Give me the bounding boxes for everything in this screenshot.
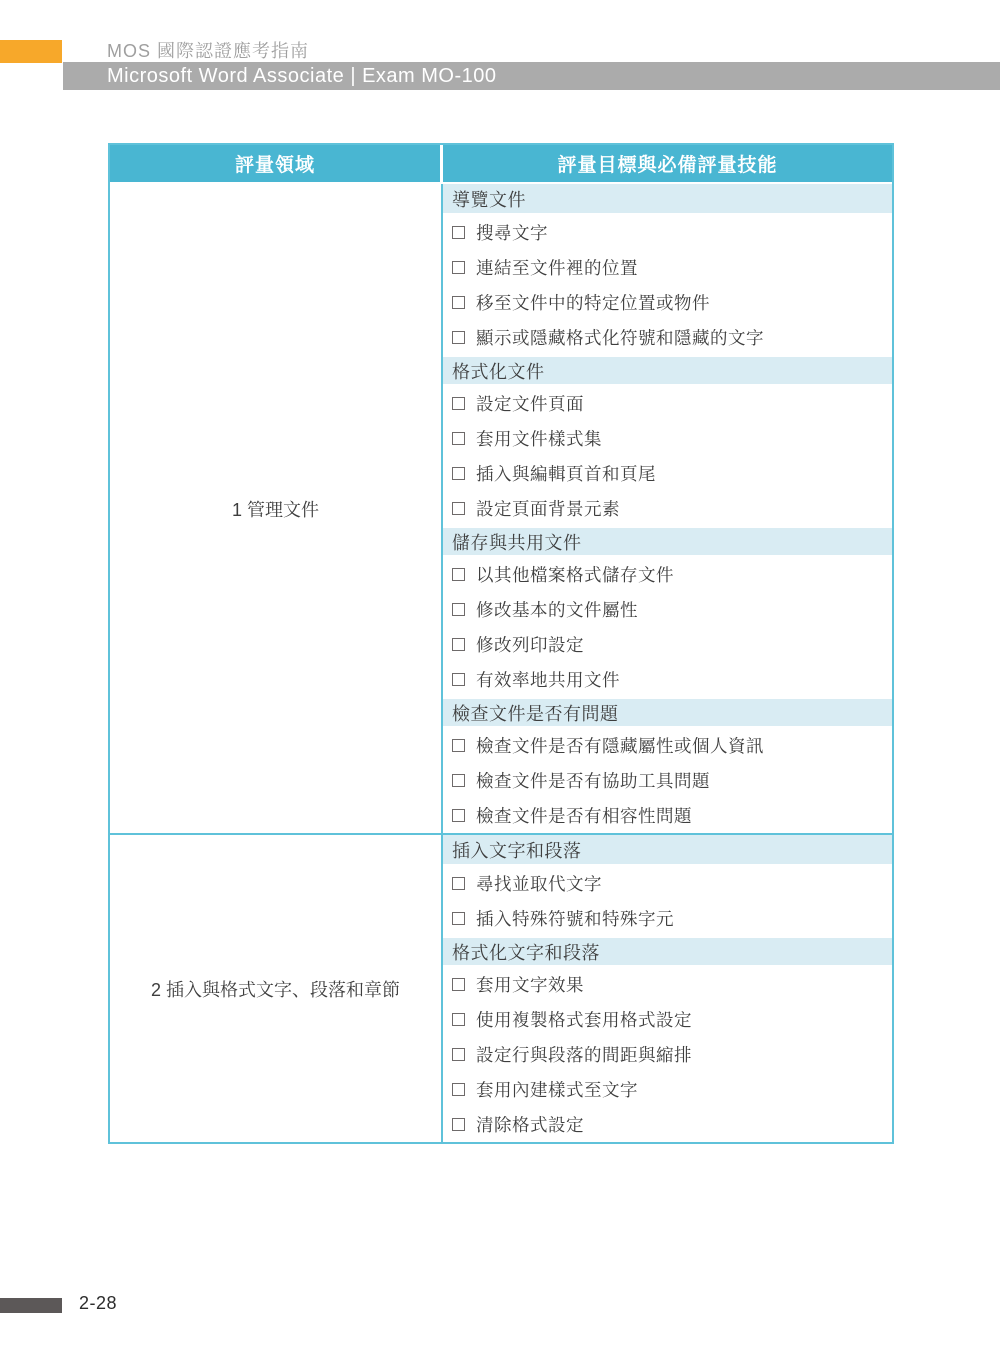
checkbox-icon	[452, 877, 465, 890]
skill-item-label: 檢查文件是否有隱藏屬性或個人資訊	[476, 733, 764, 758]
objective-sections: 導覽文件搜尋文字連結至文件裡的位置移至文件中的特定位置或物件顯示或隱藏格式化符號…	[443, 184, 892, 833]
checkbox-icon	[452, 331, 465, 344]
table-row: 1 管理文件導覽文件搜尋文字連結至文件裡的位置移至文件中的特定位置或物件顯示或隱…	[110, 184, 892, 833]
skill-item-label: 使用複製格式套用格式設定	[476, 1007, 692, 1032]
checkbox-icon	[452, 1048, 465, 1061]
page-number: 2-28	[79, 1293, 117, 1314]
skill-item: 修改列印設定	[443, 627, 892, 662]
table-body: 1 管理文件導覽文件搜尋文字連結至文件裡的位置移至文件中的特定位置或物件顯示或隱…	[110, 184, 892, 1142]
skill-item-label: 設定頁面背景元素	[476, 496, 620, 521]
objective-sections: 插入文字和段落尋找並取代文字插入特殊符號和特殊字元格式化文字和段落套用文字效果使…	[443, 835, 892, 1142]
checkbox-icon	[452, 432, 465, 445]
checkbox-icon	[452, 774, 465, 787]
skill-item-label: 設定文件頁面	[476, 391, 584, 416]
skill-item-label: 搜尋文字	[476, 220, 548, 245]
objective-group-title: 格式化文件	[443, 355, 892, 386]
checkbox-icon	[452, 261, 465, 274]
skill-item: 檢查文件是否有隱藏屬性或個人資訊	[443, 728, 892, 763]
objective-group-title: 檢查文件是否有問題	[443, 697, 892, 728]
exam-objectives-table: 評量領域 評量目標與必備評量技能 1 管理文件導覽文件搜尋文字連結至文件裡的位置…	[108, 143, 894, 1144]
skill-item: 檢查文件是否有協助工具問題	[443, 763, 892, 798]
skill-item-label: 清除格式設定	[476, 1112, 584, 1137]
checkbox-icon	[452, 568, 465, 581]
skill-item: 修改基本的文件屬性	[443, 592, 892, 627]
skill-item-label: 顯示或隱藏格式化符號和隱藏的文字	[476, 325, 764, 350]
skill-item: 設定行與段落的間距與縮排	[443, 1037, 892, 1072]
checkbox-icon	[452, 467, 465, 480]
checkbox-icon	[452, 739, 465, 752]
table-header-row: 評量領域 評量目標與必備評量技能	[110, 145, 892, 184]
skill-item-label: 插入與編輯頁首和頁尾	[476, 461, 656, 486]
skill-item: 有效率地共用文件	[443, 662, 892, 697]
skill-item: 連結至文件裡的位置	[443, 250, 892, 285]
skill-item: 插入特殊符號和特殊字元	[443, 901, 892, 936]
skill-item: 檢查文件是否有相容性問題	[443, 798, 892, 833]
table-row: 2 插入與格式文字、段落和章節插入文字和段落尋找並取代文字插入特殊符號和特殊字元…	[110, 833, 892, 1142]
skill-item: 套用內建樣式至文字	[443, 1072, 892, 1107]
skill-item: 顯示或隱藏格式化符號和隱藏的文字	[443, 320, 892, 355]
skill-item-label: 以其他檔案格式儲存文件	[476, 562, 674, 587]
objective-group-title: 格式化文字和段落	[443, 936, 892, 967]
skill-item: 搜尋文字	[443, 215, 892, 250]
skill-item-label: 設定行與段落的間距與縮排	[476, 1042, 692, 1067]
skill-item-label: 有效率地共用文件	[476, 667, 620, 692]
skill-item-label: 插入特殊符號和特殊字元	[476, 906, 674, 931]
skill-item-label: 尋找並取代文字	[476, 871, 602, 896]
checkbox-icon	[452, 1083, 465, 1096]
skill-item: 尋找並取代文字	[443, 866, 892, 901]
skill-item-label: 檢查文件是否有協助工具問題	[476, 768, 710, 793]
chapter-header-title: Microsoft Word Associate | Exam MO-100	[63, 65, 497, 88]
skill-item-label: 套用內建樣式至文字	[476, 1077, 638, 1102]
column-header-domain: 評量領域	[110, 145, 443, 182]
checkbox-icon	[452, 638, 465, 651]
skill-item: 設定頁面背景元素	[443, 491, 892, 526]
skill-item: 套用文字效果	[443, 967, 892, 1002]
skill-item-label: 修改基本的文件屬性	[476, 597, 638, 622]
checkbox-icon	[452, 397, 465, 410]
objective-group-title: 儲存與共用文件	[443, 526, 892, 557]
skill-item: 移至文件中的特定位置或物件	[443, 285, 892, 320]
skill-item-label: 修改列印設定	[476, 632, 584, 657]
domain-cell: 1 管理文件	[110, 184, 443, 833]
checkbox-icon	[452, 226, 465, 239]
checkbox-icon	[452, 1013, 465, 1026]
objective-group-title: 導覽文件	[443, 184, 892, 215]
checkbox-icon	[452, 502, 465, 515]
checkbox-icon	[452, 673, 465, 686]
checkbox-icon	[452, 296, 465, 309]
skill-item: 清除格式設定	[443, 1107, 892, 1142]
skill-item: 設定文件頁面	[443, 386, 892, 421]
footer-accent-block	[0, 1298, 62, 1313]
skill-item-label: 檢查文件是否有相容性問題	[476, 803, 692, 828]
orange-accent-block	[0, 40, 62, 63]
skill-item-label: 套用文字效果	[476, 972, 584, 997]
skill-item: 以其他檔案格式儲存文件	[443, 557, 892, 592]
chapter-header-bar: Microsoft Word Associate | Exam MO-100	[63, 62, 1000, 90]
column-header-objectives: 評量目標與必備評量技能	[443, 145, 892, 182]
book-series-title: MOS 國際認證應考指南	[107, 37, 309, 63]
checkbox-icon	[452, 809, 465, 822]
skill-item-label: 移至文件中的特定位置或物件	[476, 290, 710, 315]
objective-group-title: 插入文字和段落	[443, 835, 892, 866]
checkbox-icon	[452, 1118, 465, 1131]
checkbox-icon	[452, 603, 465, 616]
checkbox-icon	[452, 978, 465, 991]
skill-item: 使用複製格式套用格式設定	[443, 1002, 892, 1037]
skill-item: 套用文件樣式集	[443, 421, 892, 456]
domain-cell: 2 插入與格式文字、段落和章節	[110, 835, 443, 1142]
skill-item-label: 套用文件樣式集	[476, 426, 602, 451]
skill-item: 插入與編輯頁首和頁尾	[443, 456, 892, 491]
checkbox-icon	[452, 912, 465, 925]
skill-item-label: 連結至文件裡的位置	[476, 255, 638, 280]
